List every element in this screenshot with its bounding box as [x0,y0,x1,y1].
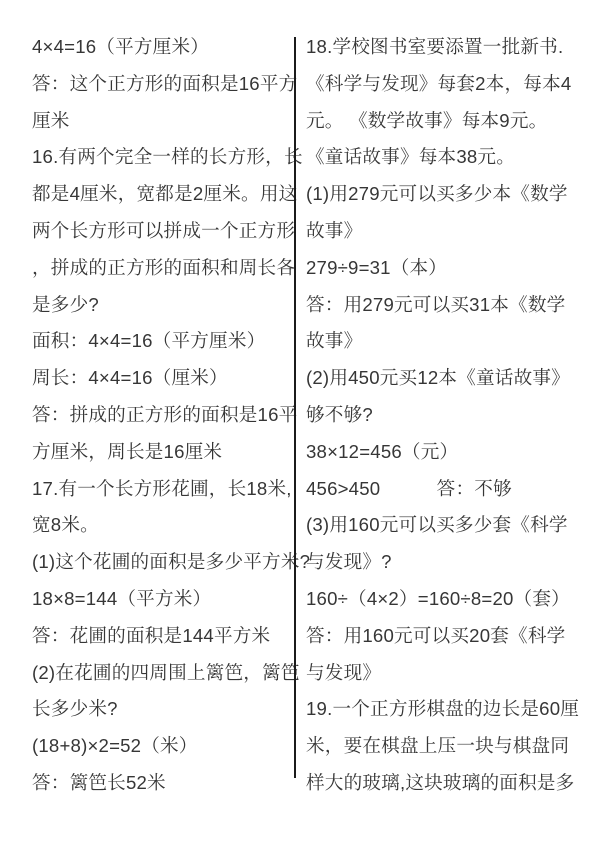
text-line: 16.有两个完全一样的长方形，长 [32,139,294,176]
text-line: 4×4=16（平方厘米） [32,29,294,66]
text-line: 方厘米，周长是16厘米 [32,434,294,471]
text-line: 456>450 答：不够 [306,471,590,508]
text-line: 故事》 [306,323,590,360]
text-line: 周长：4×4=16（厘米） [32,360,294,397]
text-line: (2)在花圃的四周围上篱笆，篱笆 [32,655,294,692]
text-line: 米，要在棋盘上压一块与棋盘同 [306,728,590,765]
text-line: (18+8)×2=52（米） [32,728,294,765]
text-line: 长多少米? [32,691,294,728]
text-line: 《科学与发现》每套2本，每本4 [306,66,590,103]
text-line: 都是4厘米，宽都是2厘米。用这 [32,176,294,213]
text-line: 宽8米。 [32,507,294,544]
text-line: 答：用279元可以买31本《数学 [306,287,590,324]
text-line: 答：花圃的面积是144平方米 [32,618,294,655]
text-line: 答：拼成的正方形的面积是16平 [32,397,294,434]
text-line: 与发现》 [306,655,590,692]
text-line: 故事》 [306,213,590,250]
text-line: 元。 《数学故事》每本9元。 [306,103,590,140]
text-line: 是多少? [32,287,294,324]
text-line: (1)用279元可以买多少本《数学 [306,176,590,213]
text-line: 面积：4×4=16（平方厘米） [32,323,294,360]
text-line: 38×12=456（元） [306,434,590,471]
column-divider [294,37,296,778]
text-line: 17.有一个长方形花圃，长18米, [32,471,294,508]
left-text-column: 4×4=16（平方厘米）答：这个正方形的面积是16平方厘米16.有两个完全一样的… [32,29,294,802]
text-line: 答：这个正方形的面积是16平方 [32,66,294,103]
text-line: 厘米 [32,103,294,140]
text-line: 《童话故事》每本38元。 [306,139,590,176]
right-text-column: 18.学校图书室要添置一批新书.《科学与发现》每套2本，每本4元。 《数学故事》… [306,29,590,802]
text-line: 19.一个正方形棋盘的边长是60厘 [306,691,590,728]
text-line: 160÷（4×2）=160÷8=20（套） [306,581,590,618]
text-line: (1)这个花圃的面积是多少平方米? [32,544,294,581]
text-line: 18×8=144（平方米） [32,581,294,618]
text-line: 够不够? [306,397,590,434]
text-line: 答：用160元可以买20套《科学 [306,618,590,655]
text-line: 279÷9=31（本） [306,250,590,287]
text-line: 样大的玻璃,这块玻璃的面积是多 [306,765,590,802]
document-page: 4×4=16（平方厘米）答：这个正方形的面积是16平方厘米16.有两个完全一样的… [0,0,596,842]
text-line: 答：篱笆长52米 [32,765,294,802]
text-line: (3)用160元可以买多少套《科学 [306,507,590,544]
text-line: 18.学校图书室要添置一批新书. [306,29,590,66]
text-line: ，拼成的正方形的面积和周长各 [32,250,294,287]
text-line: 与发现》? [306,544,590,581]
text-line: (2)用450元买12本《童话故事》 [306,360,590,397]
text-line: 两个长方形可以拼成一个正方形 [32,213,294,250]
